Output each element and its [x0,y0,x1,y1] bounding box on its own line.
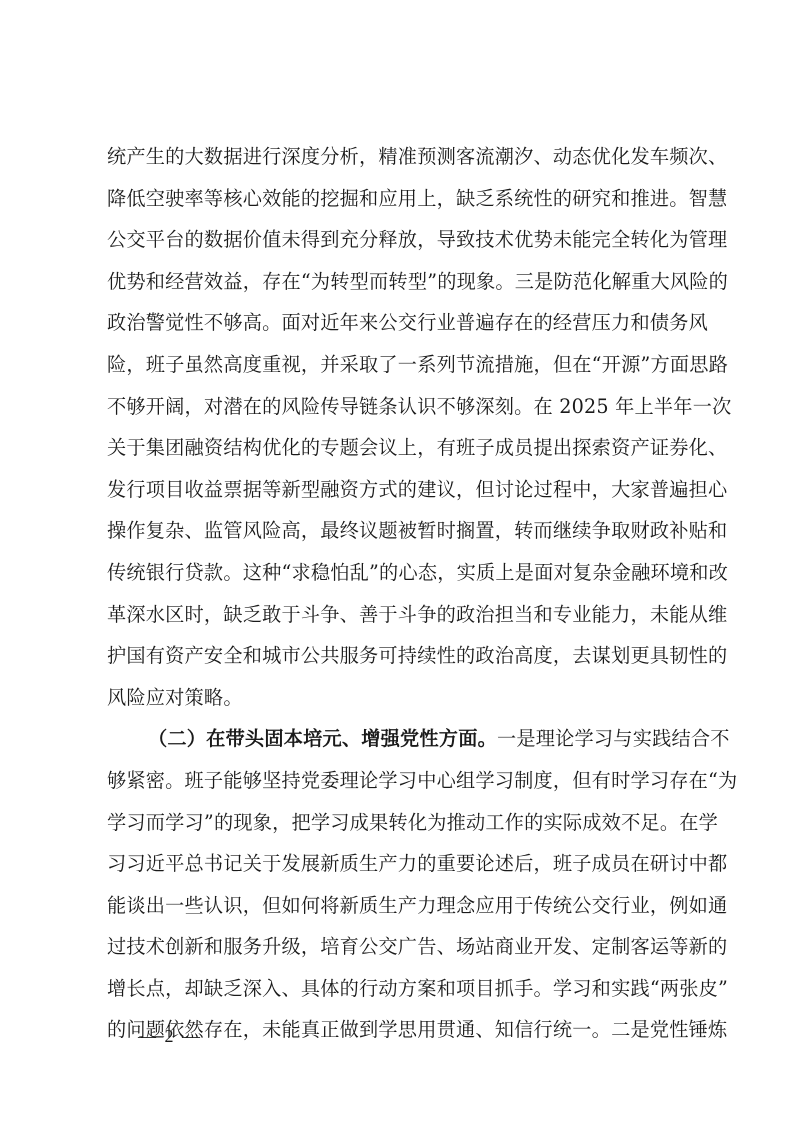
paragraph-risk-prevention: 统产生的大数据进行深度分析，精准预测客流潮汐、动态优化发车频次、 降低空驶率等核… [107,136,691,718]
text-line: 发行项目收益票据等新型融资方式的建议，但讨论过程中，大家普遍担心 [107,469,691,511]
text-line: 革深水区时，缺乏敢于斗争、善于斗争的政治担当和专业能力，未能从维 [107,594,691,636]
text-line: 关于集团融资结构优化的专题会议上，有班子成员提出探索资产证券化、 [107,427,691,469]
text-line: 护国有资产安全和城市公共服务可持续性的政治高度，去谋划更具韧性的 [107,635,691,677]
text-line: 公交平台的数据价值未得到充分释放，导致技术优势未能完全转化为管理 [107,219,691,261]
text-line: 操作复杂、监管风险高，最终议题被暂时搁置，转而继续争取财政补贴和 [107,510,691,552]
text-line: 传统银行贷款。这种“求稳怕乱”的心态，实质上是面对复杂金融环境和改 [107,552,691,594]
paragraph-party-spirit: （二）在带头固本培元、增强党性方面。一是理论学习与实践结合不 够紧密。班子能够坚… [107,718,691,1051]
text-line: 优势和经营效益，存在“为转型而转型”的现象。三是防范化解重大风险的 [107,261,691,303]
text-line: 过技术创新和服务升级，培育公交广告、场站商业开发、定制客运等新的 [107,926,691,968]
heading-line-text: 一是理论学习与实践结合不 [497,727,730,750]
text-line: 增长点，却缺乏深入、具体的行动方案和项目抓手。学习和实践“两张皮” [107,968,691,1010]
text-line: 习习近平总书记关于发展新质生产力的重要论述后，班子成员在研讨中都 [107,843,691,885]
text-line: 能谈出一些认识，但如何将新质生产力理念应用于传统公交行业，例如通 [107,885,691,927]
text-line: 降低空驶率等核心效能的挖掘和应用上，缺乏系统性的研究和推进。智慧 [107,178,691,220]
text-line: 政治警觉性不够高。面对近年来公交行业普遍存在的经营压力和债务风 [107,302,691,344]
text-line: 够紧密。班子能够坚持党委理论学习中心组学习制度，但有时学习存在“为 [107,760,691,802]
document-body: 统产生的大数据进行深度分析，精准预测客流潮汐、动态优化发车频次、 降低空驶率等核… [107,136,691,1051]
text-line: 风险应对策略。 [107,677,691,719]
text-line: 险，班子虽然高度重视，并采取了一系列节流措施，但在“开源”方面思路 [107,344,691,386]
section-heading-line: （二）在带头固本培元、增强党性方面。一是理论学习与实践结合不 [107,718,691,760]
section-heading: （二）在带头固本培元、增强党性方面。 [148,727,497,750]
document-page: 统产生的大数据进行深度分析，精准预测客流潮汐、动态优化发车频次、 降低空驶率等核… [0,0,793,1122]
text-line: 学习而学习”的现象，把学习成果转化为推动工作的实际成效不足。在学 [107,802,691,844]
text-line: 统产生的大数据进行深度分析，精准预测客流潮汐、动态优化发车频次、 [107,136,691,178]
page-number: — 2 — [138,1026,202,1047]
text-line: 不够开阔，对潜在的风险传导链条认识不够深刻。在 2025 年上半年一次 [107,386,691,428]
